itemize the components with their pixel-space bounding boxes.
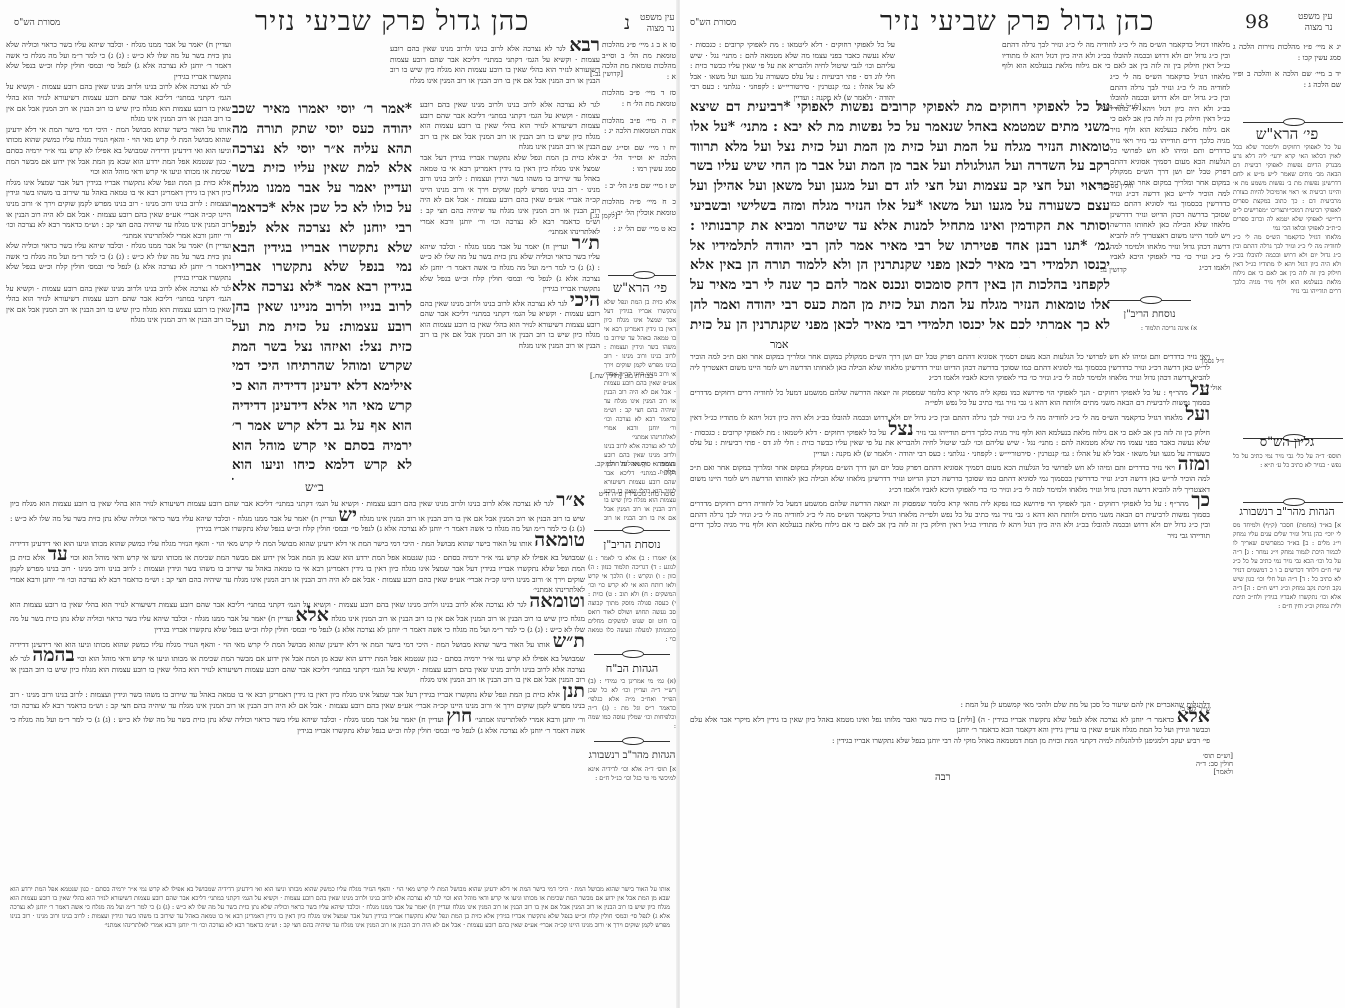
bach-title: הגהות הב"ח — [588, 664, 676, 675]
ein-mishpat-label: עין משפט נר מצוה — [640, 13, 674, 35]
ein-mishpat-label: עין משפט נר מצוה — [1298, 12, 1332, 34]
rosh-title: פי׳ הרא"ש — [604, 284, 676, 295]
folio-letter: נ — [624, 12, 630, 35]
dibur-hamatchil-vetumah: וטומאה — [529, 590, 585, 612]
gilyon-text: תוספ׳ ד״ה על כל׳ גבי נזיר נמי כתיב על כל… — [1233, 452, 1341, 470]
dibur-hamatchil-chutz: חוץ — [446, 705, 472, 727]
page-running-title: כהן גדול פרק שביעי נזיר — [880, 6, 1154, 37]
margin-ref: [לקמן נג.] — [590, 212, 617, 220]
nuschat-title: נוסחת הריב"ן — [588, 540, 676, 551]
dibur-hamatchil-tr: ת״ר — [572, 232, 600, 254]
margin-ref: שייך לגף ב׳ — [1180, 705, 1211, 713]
ein-mishpat-entry: יט ז מיי׳ שם פ״ג הל׳ יב : — [602, 181, 676, 192]
rashi-column: ועדיין ח) יאמר על אבר ממנו מגלח · וכלבד … — [6, 40, 231, 480]
dibur-hamatchil-nezer: נצל — [889, 418, 914, 440]
catchword: רבה — [935, 772, 950, 783]
dibur-hamatchil-umazeh: ומזה — [1178, 453, 1210, 475]
rosh-title: פי׳ הרא"ש — [1233, 129, 1341, 140]
bach-text: (א) גמ׳ מי אמרינן כי גמידי : (ב) רש״י ד״… — [588, 677, 676, 731]
nuschat-box: נוסחת הריב"ן א) אינה גריכה תלמוד : — [1102, 290, 1197, 330]
masoret-hashas-label: מסורת הש"ס — [14, 18, 60, 29]
ein-mishpat-entry: כא ט מיי׳ שם הל׳ יג : — [602, 224, 676, 235]
ornament-divider — [594, 737, 670, 745]
ein-mishpat-entry: יג א מיי׳ פ״ז מהלכות נזירות הלכה ג סמג ע… — [1233, 42, 1341, 63]
ornament-divider — [1243, 118, 1343, 126]
margin-ref: קדושין נג: — [1100, 266, 1127, 274]
ornament-divider — [594, 526, 670, 534]
margin-ref: סוטה מח: מכשירין פ״ה ה״ט — [590, 490, 675, 498]
margin-ref: כבורות מג: [חולין שח.] — [590, 372, 653, 380]
margin-ref: [לעיל לה. וש״נ] — [1098, 103, 1141, 111]
outer-commentary-top: רבא לגר לא נצרכה אלא לרוב בנינו ולרוב מנ… — [390, 40, 600, 100]
nuschat-text: א) יאמרו : ב) אלא כי לאמר : ג) לנוגע : ד… — [588, 554, 676, 644]
dibur-hamatchil-tash: ת״ש — [553, 630, 585, 652]
margin-ref: אולי נ״ל — [1200, 384, 1222, 392]
ein-mishpat-entry: יז ה מיי׳ פ״ב מהלכות אבות הטומאות הלכה י… — [602, 116, 676, 137]
ornament-divider — [608, 271, 678, 279]
margin-ref: [קדושין נב.] — [590, 70, 623, 78]
dibur-hamatchil-vaal: ועל — [1185, 403, 1210, 425]
dibur-hamatchil-tumah: טומאה — [534, 529, 585, 551]
folio-number: 98 — [1245, 11, 1269, 33]
gra-title: הגהות מהר"ב רנשבורג — [1233, 507, 1341, 518]
rosh-commentary-column: פי׳ הרא"ש על כל לאפוקי רחוקים ולימכור של… — [1233, 127, 1341, 432]
right-page: מסורת הש"ס כהן גדול פרק שביעי נזיר 98 עי… — [680, 0, 1345, 1008]
ornament-divider — [594, 650, 670, 658]
side-notes-column: נוסחת הריב"ן א) יאמרו : ב) אלא כי לאמר :… — [588, 520, 676, 900]
ein-mishpat-column: יג א מיי׳ פ״ז מהלכות נזירות הלכה ג סמג ע… — [1233, 42, 1341, 122]
ein-mishpat-entry: יד ב מיי׳ שם הלכה א והלכה ב ופ״ו שם הלכה… — [1233, 69, 1341, 90]
dibur-hamatchil-tanan: תנן — [562, 680, 585, 702]
gemara-opening-word: רבא — [569, 40, 600, 56]
dibur-hamatchil-hichi: היכי — [570, 289, 600, 311]
page-running-title: כהן גדול פרק שביעי נזיר — [255, 6, 529, 37]
dibur-hamatchil-ad: עד — [48, 543, 68, 565]
dibur-hamatchil-amar: א״ר — [556, 495, 585, 511]
nuschat-title: נוסחת הריב"ן — [1102, 310, 1197, 321]
margin-ref: תוספתא סוף אהלות חולין קכ. פלה ז. — [590, 460, 675, 476]
closing-lines: דלהנלות שהאכרים אין להם שיעור כל סכן על … — [690, 700, 1210, 770]
gilyon-title: גליון הש"ס — [1233, 438, 1341, 449]
gemara-main-text: *אמר ר׳ יוסי יאמרו מאיר שכב יהודה כעס יו… — [232, 100, 412, 480]
gra-title: הגהות מהר"ב רנשבורג — [588, 751, 676, 762]
gra-text: א] בא״ד (מחמת) חסכר (ק״ף) ולמיחד מס לי י… — [1233, 521, 1341, 611]
margin-ref: חולין סס: קי: — [1098, 182, 1134, 190]
dibur-hamatchil-kach: כך — [1191, 489, 1210, 511]
mishna-gemara-main-text: על כל לאפוקי רחוקים מת לאפוקי קרובים נפש… — [690, 98, 1110, 338]
nuschat-text: א) אינה גריכה תלמוד : — [1102, 324, 1197, 330]
margin-ref: [וש״ם תוס׳ חולין סב: ד״ה ולאמר] — [1188, 752, 1233, 776]
ein-mishpat-entry: יח ו מיי׳ שם וסי״ג שם הלכה יא וסי״ד הל׳ … — [602, 143, 676, 175]
gemara-end-marker: ב״ש — [305, 480, 324, 495]
bottom-footnotes: אותו על האור בישר שהוא מבושל המת · היכי … — [10, 885, 670, 995]
margin-ref: ז״ל נסמך — [1200, 357, 1224, 365]
dibur-hamatchil-ela: אלא — [296, 604, 329, 626]
tosafot-top: מלאחו דגזיל כדקאמר הש״ס מה לי כ״ג לחודיה… — [1002, 40, 1230, 72]
main-text-tail: אמר — [770, 338, 789, 351]
ein-mishpat-entry: סז ד מיי׳ פ״ב מהלכות טומאת מת הל׳ ח : — [602, 88, 676, 109]
ornament-divider — [1108, 296, 1191, 304]
lower-commentary: ויאי נזיר כדדרים ותם ומיהו לא חש לפרושי … — [690, 352, 1210, 697]
dibur-hamatchil-behemah: בהמה — [32, 644, 74, 666]
lower-commentary: א״ר לגר לא נצרכה אלא לרוב בנינו ולרוב מנ… — [10, 495, 585, 880]
gilyon-hashas: גליון הש"ס תוספ׳ ד״ה על כל׳ גבי נזיר נמי… — [1233, 436, 1341, 506]
rosh-text-cont: לגר לא נצרכה אלא לרוב בנינו ולרוב מנינו … — [604, 442, 676, 532]
left-page: מסורת הש"ס כהן גדול פרק שביעי נזיר נ עין… — [0, 0, 680, 1008]
tosafot-column: לגר לא נצרכה אלא לרוב בנינו ולרוב מנינו … — [420, 100, 600, 500]
rosh-text: אלא כזית בן המת ונפל שלא נתקשרו אבריו בג… — [604, 298, 676, 442]
gra-notes: הגהות מהר"ב רנשבורג א] בא״ד (מחמת) חסכר … — [1233, 505, 1341, 785]
dibur-hamatchil-yesh: יש — [339, 504, 357, 526]
rosh-text: על כל לאפוקי רחוקים ולימכור שלא בכל לאוי… — [1233, 143, 1341, 233]
masoret-hashas-label: מסורת הש"ס — [690, 18, 736, 29]
gra-text: א] תוס׳ ד״ה אלא וכו׳ לדידיה אינא למיכשי … — [588, 765, 676, 783]
